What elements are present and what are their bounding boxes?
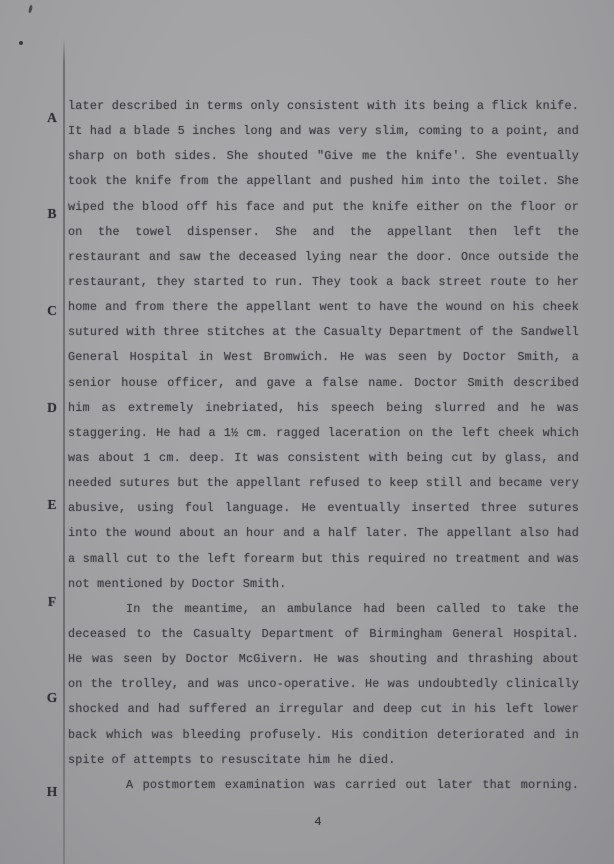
text-line: into the wound about an hour and a half … xyxy=(68,521,579,546)
margin-letter-f: F xyxy=(42,594,62,610)
text-line: was about 1 cm. deep. It was consistent … xyxy=(68,446,579,471)
margin-letter-g: G xyxy=(42,690,62,706)
text-line: senior house officer, and gave a false n… xyxy=(68,371,579,396)
margin-letter-b: B xyxy=(42,206,62,222)
margin-letter-c: C xyxy=(42,303,62,319)
text-line: needed sutures but the appellant refused… xyxy=(68,471,579,496)
text-line: deceased to the Casualty Department of B… xyxy=(68,622,579,647)
margin-letter-h: H xyxy=(42,784,62,800)
text-line: back which was bleeding profusely. His c… xyxy=(68,723,579,748)
scan-speck-icon xyxy=(28,5,33,13)
margin-letter-e: E xyxy=(42,497,62,513)
text-line: It had a blade 5 inches long and was ver… xyxy=(68,119,579,144)
text-line: sharp on both sides. She shouted "Give m… xyxy=(68,144,579,169)
text-line: abusive, using foul language. He eventua… xyxy=(68,496,579,521)
scanned-document-page: ABCDEFGH later described in terms only c… xyxy=(0,0,614,864)
text-line: In the meantime, an ambulance had been c… xyxy=(68,597,579,622)
text-line: spite of attempts to resuscitate him he … xyxy=(68,748,579,773)
text-line: a small cut to the left forearm but this… xyxy=(68,547,579,572)
body-text: later described in terms only consistent… xyxy=(68,94,579,798)
text-line: restaurant and saw the deceased lying ne… xyxy=(68,245,579,270)
text-line: A postmortem examination was carried out… xyxy=(68,773,579,798)
text-line: took the knife from the appellant and pu… xyxy=(68,169,579,194)
text-line: restaurant, they started to run. They to… xyxy=(68,270,579,295)
text-line: not mentioned by Doctor Smith. xyxy=(68,572,579,597)
margin-letter-d: D xyxy=(42,400,62,416)
margin-letter-a: A xyxy=(42,110,62,126)
text-line: staggering. He had a 1½ cm. ragged lacer… xyxy=(68,421,579,446)
text-line: him as extremely inebriated, his speech … xyxy=(68,396,579,421)
text-line: home and from there the appellant went t… xyxy=(68,295,579,320)
margin-rule xyxy=(63,38,65,864)
text-line: later described in terms only consistent… xyxy=(68,94,579,119)
text-line: General Hospital in West Bromwich. He wa… xyxy=(68,345,579,370)
text-line: sutured with three stitches at the Casua… xyxy=(68,320,579,345)
text-line: wiped the blood off his face and put the… xyxy=(68,195,579,220)
text-line: shocked and had suffered an irregular an… xyxy=(68,697,579,722)
scan-dot-icon xyxy=(19,41,23,45)
text-line: on the trolley, and was unco-operative. … xyxy=(68,672,579,697)
text-line: He was seen by Doctor McGivern. He was s… xyxy=(68,647,579,672)
text-line: on the towel dispenser. She and the appe… xyxy=(68,220,579,245)
page-number: 4 xyxy=(68,811,568,833)
